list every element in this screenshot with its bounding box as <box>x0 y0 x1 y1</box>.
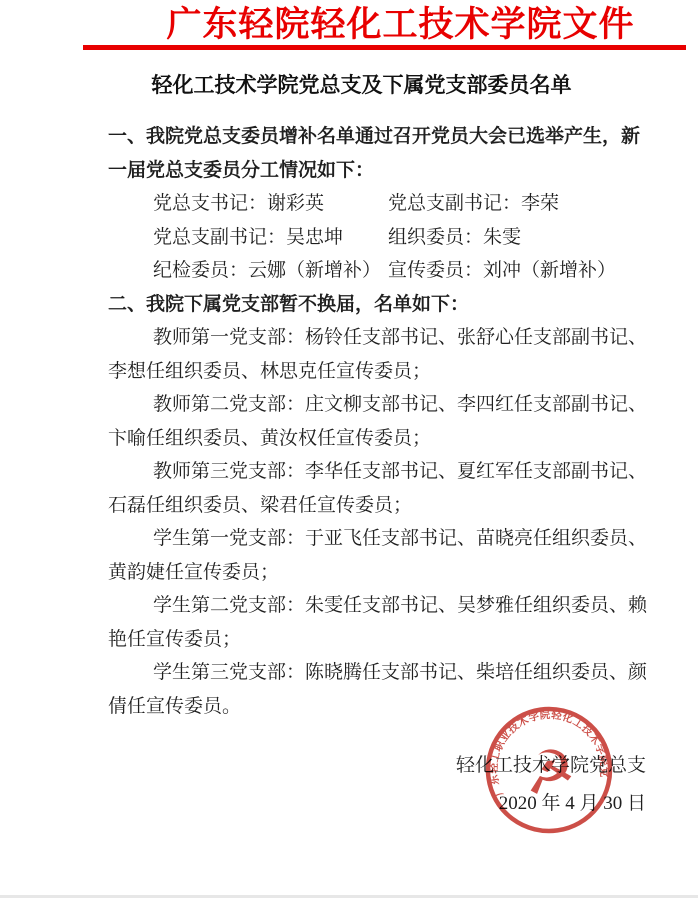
committee-assignments: 党总支书记：谢彩英 党总支副书记：李荣 党总支副书记：吴忠坤 组织委员：朱雯 纪… <box>108 187 656 288</box>
assignment-cell: 党总支副书记：李荣 <box>388 187 559 221</box>
hammer-sickle-emblem-icon: ☭ <box>519 735 580 810</box>
branch-paragraph: 教师第三党支部：李华任支部书记、夏红军任支部副书记、石磊任组织委员、梁君任宣传委… <box>108 455 656 522</box>
branch-paragraph: 教师第一党支部：杨铃任支部书记、张舒心任支部副书记、李想任组织委员、林思克任宣传… <box>108 321 656 388</box>
assignment-row: 党总支副书记：吴忠坤 组织委员：朱雯 <box>153 221 656 255</box>
assignment-row: 党总支书记：谢彩英 党总支副书记：李荣 <box>153 187 656 221</box>
page-bottom-edge <box>0 895 698 898</box>
branch-paragraph: 教师第二党支部：庄文柳支部书记、李四红任支部副书记、卞喻任组织委员、黄汝权任宣传… <box>108 388 656 455</box>
official-seal: 广东轻工职业技术学院轻化工技术学院党总支委员会 ☭ <box>464 685 633 854</box>
branch-paragraph: 学生第二党支部：朱雯任支部书记、吴梦雅任组织委员、赖艳任宣传委员； <box>108 589 656 656</box>
red-separator-rule <box>83 45 686 50</box>
document-title: 轻化工技术学院党总支及下属党支部委员名单 <box>60 70 663 100</box>
assignment-cell: 组织委员：朱雯 <box>388 221 521 255</box>
section2-heading: 二、我院下属党支部暂不换届，名单如下： <box>108 288 656 322</box>
letterhead-title: 广东轻院轻化工技术学院文件 <box>99 4 698 45</box>
assignment-cell: 党总支副书记：吴忠坤 <box>153 221 388 255</box>
branch-paragraph: 学生第一党支部：于亚飞任支部书记、苗晓亮任组织委员、黄韵婕任宣传委员； <box>108 522 656 589</box>
document-page: 广东轻院轻化工技术学院文件 轻化工技术学院党总支及下属党支部委员名单 一、我院党… <box>0 0 698 900</box>
assignment-cell: 党总支书记：谢彩英 <box>153 187 388 221</box>
assignment-cell: 宣传委员：刘冲（新增补） <box>388 254 616 288</box>
assignment-cell: 纪检委员：云娜（新增补） <box>153 254 388 288</box>
assignment-row: 纪检委员：云娜（新增补） 宣传委员：刘冲（新增补） <box>153 254 656 288</box>
section1-heading: 一、我院党总支委员增补名单通过召开党员大会已选举产生，新一届党总支委员分工情况如… <box>108 120 656 187</box>
